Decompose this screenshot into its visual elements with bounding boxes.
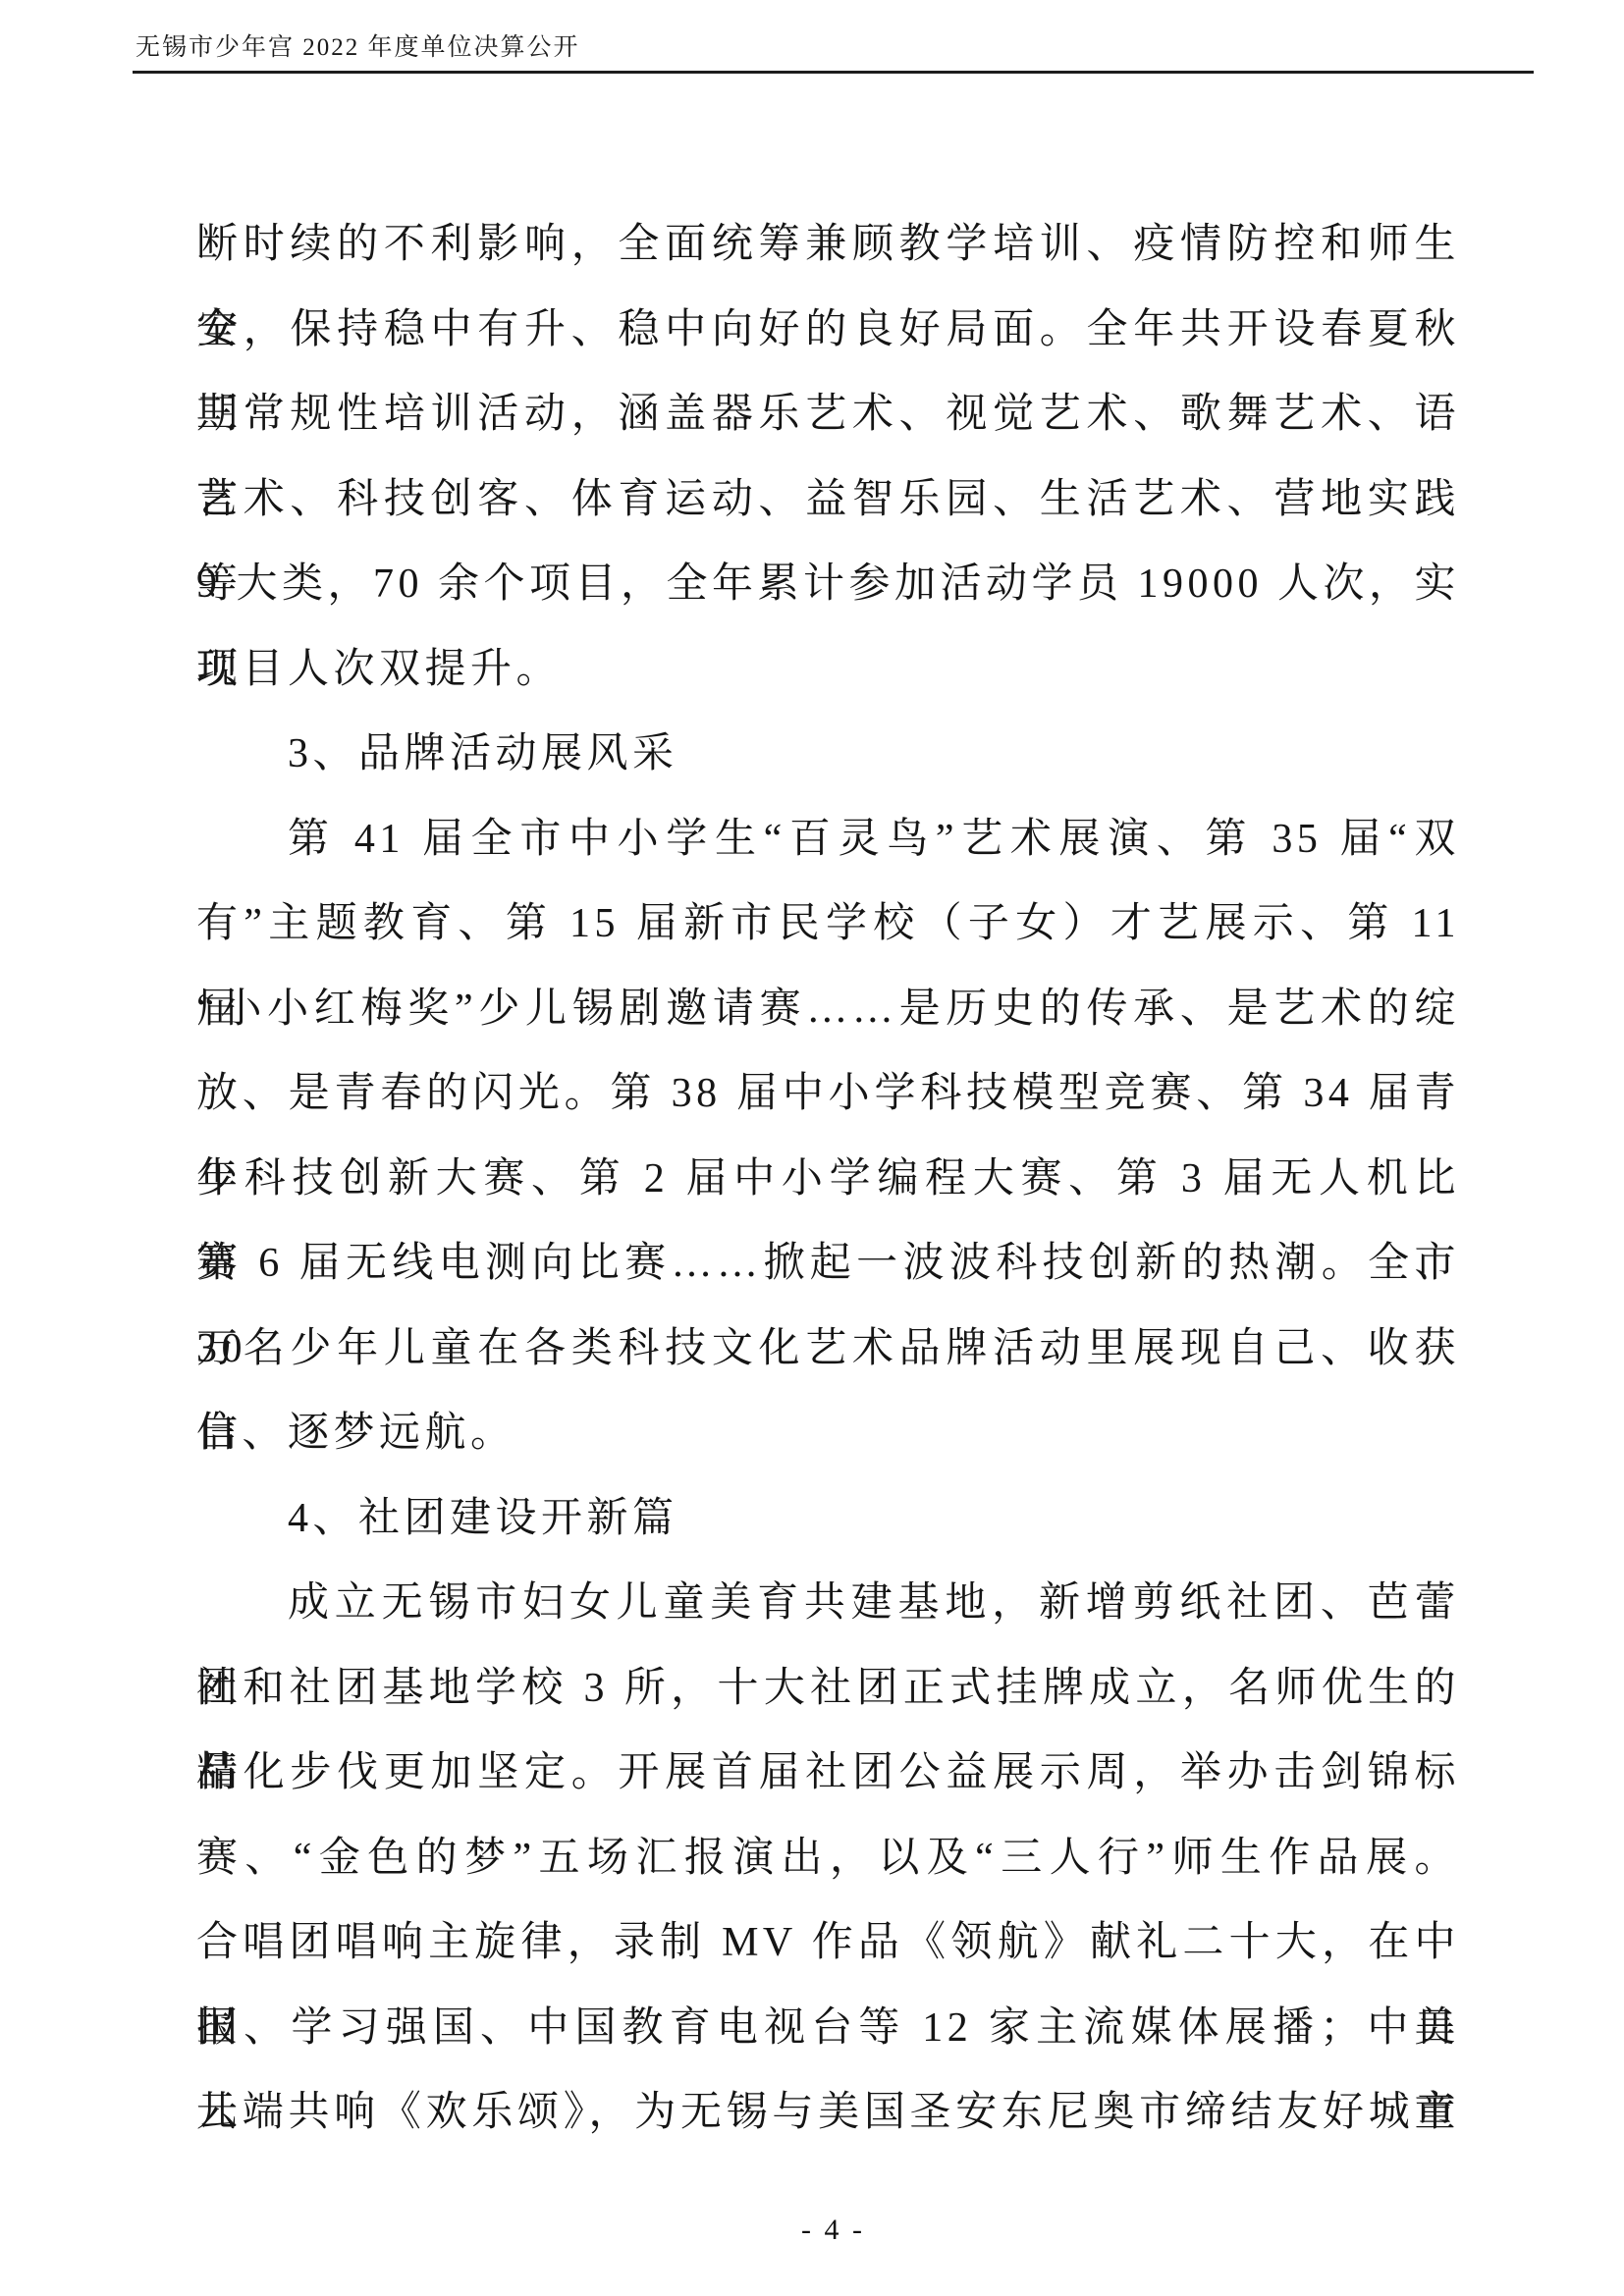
body-line: 赛、“金色的梦”五场汇报演出，以及“三人行”师生作品展。 [196, 1816, 1460, 1901]
body-line: 品化步伐更加坚定。开展首届社团公益展示周，举办击剑锦标 [196, 1731, 1460, 1816]
body-line: 合唱团唱响主旋律，录制 MV 作品《领航》献礼二十大，在中国日 [196, 1900, 1460, 1986]
document-page: 无锡市少年宫 2022 年度单位决算公开 断时续的不利影响，全面统筹兼顾教学培训… [0, 0, 1624, 2296]
body-line: 万名少年儿童在各类科技文化艺术品牌活动里展现自己、收获自 [196, 1307, 1460, 1392]
body-line: 报、学习强国、中国教育电视台等 12 家主流媒体展播；中美儿童 [196, 1986, 1460, 2071]
body-line: 艺术、科技创客、体育运动、益智乐园、生活艺术、营地实践等 [196, 457, 1460, 543]
body-line: 第 41 届全市中小学生“百灵鸟”艺术展演、第 35 届“双 [196, 797, 1460, 882]
body-line: 项目人次双提升。 [196, 627, 1460, 713]
body-line: 9 大类，70 余个项目，全年累计参加活动学员 19000 人次，实现 [196, 542, 1460, 627]
body-line: 第 6 届无线电测向比赛……掀起一波波科技创新的热潮。全市 30 [196, 1221, 1460, 1307]
body-line: 团和社团基地学校 3 所，十大社团正式挂牌成立，名师优生的精 [196, 1646, 1460, 1732]
body-line: 放、是青春的闪光。第 38 届中小学科技模型竞赛、第 34 届青少 [196, 1051, 1460, 1137]
body-line: 断时续的不利影响，全面统筹兼顾教学培训、疫情防控和师生安 [196, 202, 1460, 288]
body-line-heading: 4、社团建设开新篇 [196, 1476, 1460, 1562]
body-line: 期常规性培训活动，涵盖器乐艺术、视觉艺术、歌舞艺术、语言 [196, 372, 1460, 457]
page-header-title: 无锡市少年宫 2022 年度单位决算公开 [135, 27, 580, 63]
document-body: 断时续的不利影响，全面统筹兼顾教学培训、疫情防控和师生安 全，保持稳中有升、稳中… [196, 202, 1460, 2156]
body-line: 有”主题教育、第 15 届新市民学校（子女）才艺展示、第 11 届 [196, 881, 1460, 967]
header-rule [133, 71, 1534, 74]
body-line: 全，保持稳中有升、稳中向好的良好局面。全年共开设春夏秋三 [196, 288, 1460, 373]
body-line: 信、逐梦远航。 [196, 1391, 1460, 1476]
page-number: - 4 - [801, 2214, 865, 2246]
body-line: 年科技创新大赛、第 2 届中小学编程大赛、第 3 届无人机比赛、 [196, 1137, 1460, 1222]
body-line: 云端共响《欢乐颂》，为无锡与美国圣安东尼奥市缔结友好城市 [196, 2070, 1460, 2156]
page-footer: - 4 - [133, 2214, 1534, 2247]
body-line: 成立无锡市妇女儿童美育共建基地，新增剪纸社团、芭蕾社 [196, 1561, 1460, 1646]
body-line-heading: 3、品牌活动展风采 [196, 712, 1460, 797]
body-line: “小小红梅奖”少儿锡剧邀请赛……是历史的传承、是艺术的绽 [196, 967, 1460, 1052]
